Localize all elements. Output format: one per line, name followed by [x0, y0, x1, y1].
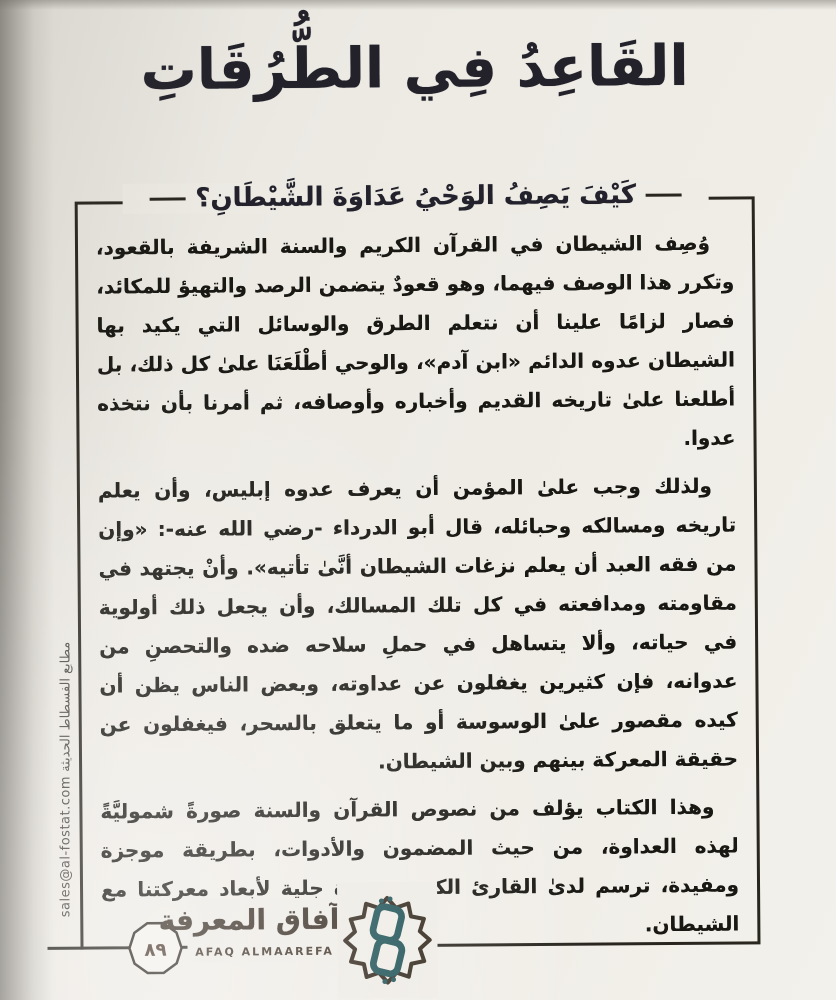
body-paragraph: ولذلك وجب علىٰ المؤمن أن يعرف عدوه إبليس… [98, 467, 738, 784]
page-content: القَاعِدُ فِي الطُّرُقَاتِ كَيْفَ يَصِفُ… [0, 0, 836, 1000]
subtitle-left-dash [149, 197, 185, 200]
subtitle-right-dash [646, 193, 682, 196]
chapter-subtitle: كَيْفَ يَصِفُ الوَحْيُ عَدَاوَةَ الشَّيْ… [195, 180, 636, 213]
publisher-logo: آفاق المعرفة AFAQ ALMAAREFA [187, 898, 341, 963]
chapter-subtitle-band: كَيْفَ يَصِفُ الوَحْيُ عَدَاوَةَ الشَّيْ… [123, 179, 709, 214]
body-text: وُصِف الشيطان في القرآن الكريم والسنة ال… [96, 224, 740, 949]
body-frame: وُصِف الشيطان في القرآن الكريم والسنة ال… [75, 196, 761, 949]
publisher-name-arabic: آفاق المعرفة [189, 898, 339, 944]
book-page: القَاعِدُ فِي الطُّرُقَاتِ كَيْفَ يَصِفُ… [0, 0, 836, 1000]
publisher-emblem-icon [339, 884, 436, 997]
publisher-emblem [337, 882, 438, 999]
publisher-name-latin: AFAQ ALMAAREFA [189, 944, 339, 958]
printer-side-note: مطابع الفسطاط الحديثة sales@al-fostat.co… [59, 612, 74, 948]
body-paragraph: وُصِف الشيطان في القرآن الكريم والسنة ال… [96, 224, 736, 463]
chapter-title: القَاعِدُ فِي الطُّرُقَاتِ [64, 23, 765, 115]
